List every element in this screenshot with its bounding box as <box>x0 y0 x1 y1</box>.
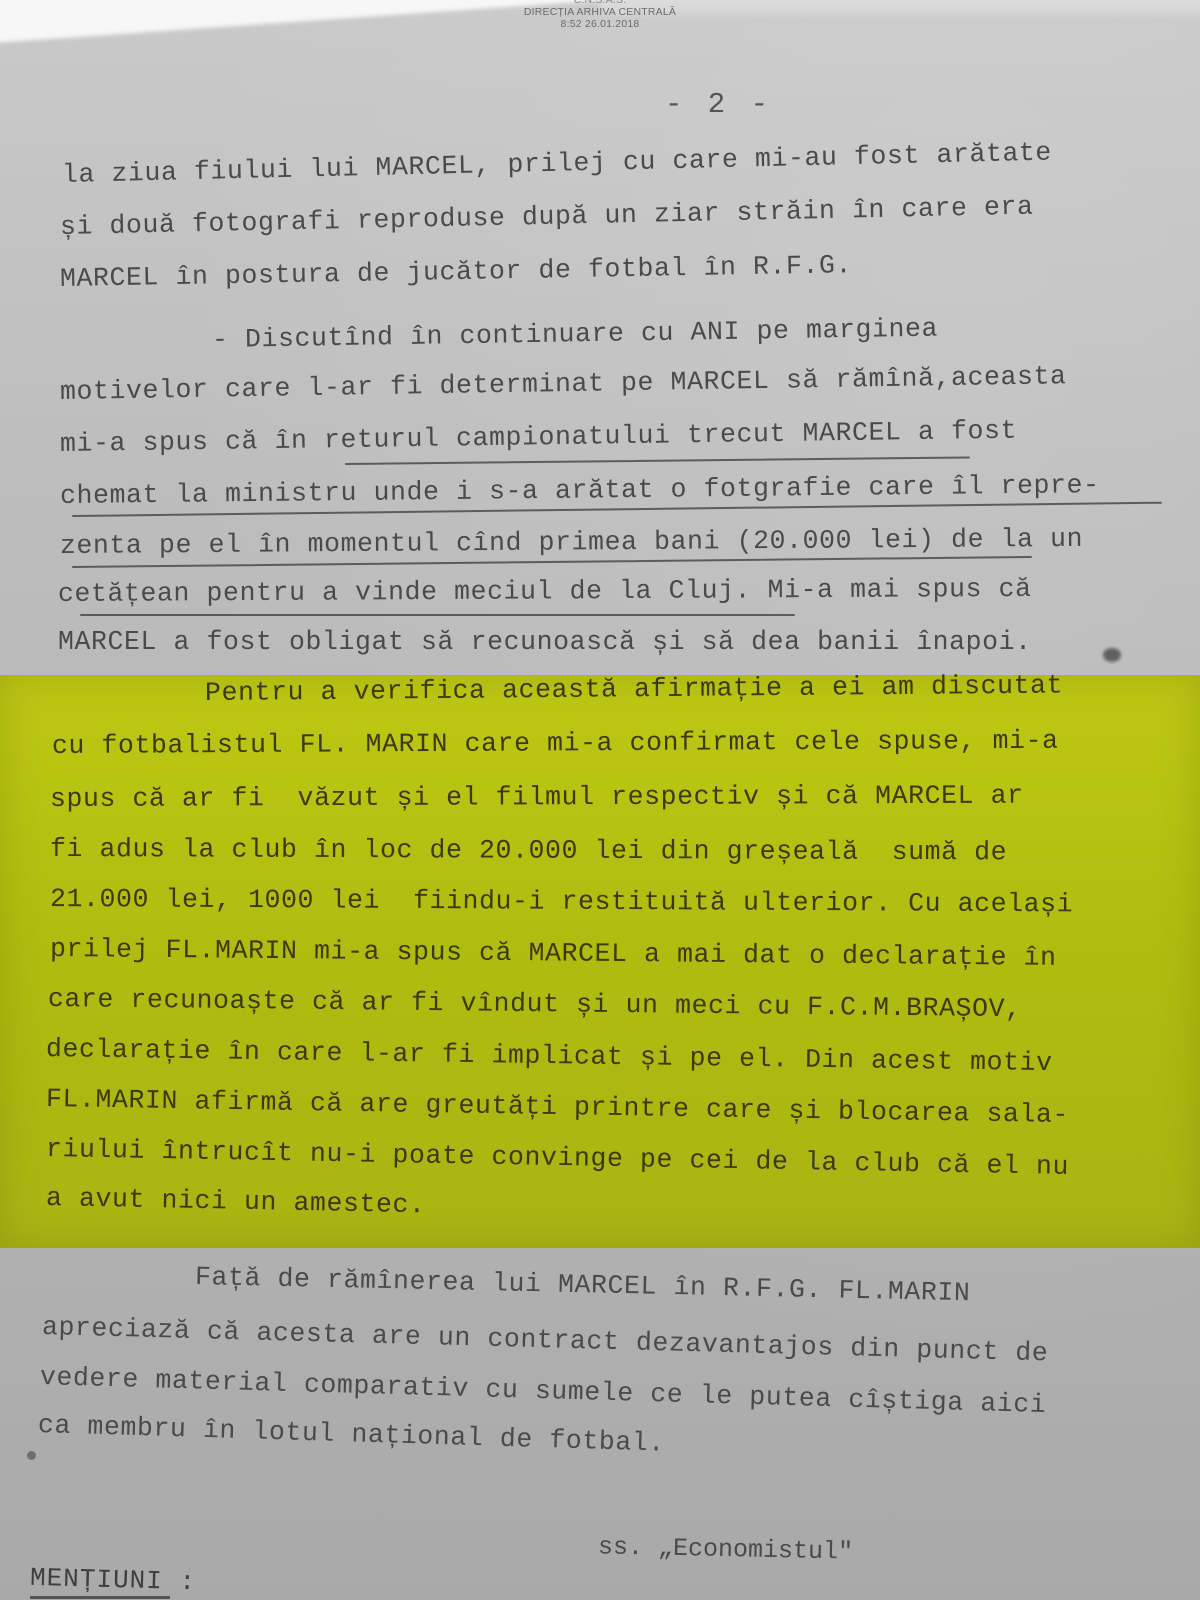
text-line: motivelor care l-ar fi determinat pe MAR… <box>60 361 1067 407</box>
handwritten-underline <box>345 456 970 465</box>
text-line: cetățean pentru a vinde meciul de la Clu… <box>58 574 1032 609</box>
text-line: - Discutînd în continuare cu ANI pe marg… <box>212 314 939 355</box>
text-line: apreciază că acesta are un contract deza… <box>42 1312 1049 1368</box>
text-line: mi-a spus că în returul campionatului tr… <box>60 416 1017 459</box>
archive-stamp: C.N.S.A.S. DIRECȚIA ARHIVA CENTRALĂ 8:52… <box>440 0 760 30</box>
scanned-document-page: C.N.S.A.S. DIRECȚIA ARHIVA CENTRALĂ 8:52… <box>0 0 1200 1600</box>
text-line: spus că ar fi văzut și el filmul respect… <box>50 781 1024 814</box>
stamp-timestamp: 8:52 26.01.2018 <box>440 18 760 30</box>
punch-hole-mark <box>27 1451 36 1460</box>
text-line: ca membru în lotul național de fotbal. <box>38 1410 666 1459</box>
mentiuni-label: MENȚIUNI : <box>30 1563 197 1597</box>
ink-blot <box>1103 648 1121 662</box>
text-line: MARCEL în postura de jucător de fotbal î… <box>60 250 853 294</box>
stamp-department: DIRECȚIA ARHIVA CENTRALĂ <box>440 6 760 18</box>
mentiuni-underline <box>30 1596 170 1599</box>
page-number: - 2 - <box>665 88 772 121</box>
text-line: cu fotbalistul FL. MARIN care mi-a confi… <box>52 726 1059 761</box>
handwritten-underline <box>80 614 795 616</box>
text-line: zenta pe el în momentul cînd primea bani… <box>60 524 1083 561</box>
text-line: vedere material comparativ cu sumele ce … <box>40 1362 1047 1420</box>
text-line: MARCEL a fost obligat să recunoască și s… <box>58 627 1032 657</box>
text-line: fi adus la club în loc de 20.000 lei din… <box>50 834 1007 867</box>
text-line: la ziua fiului lui MARCEL, prilej cu car… <box>62 138 1053 190</box>
text-line: Față de rămînerea lui MARCEL în R.F.G. F… <box>195 1262 971 1308</box>
text-line: și două fotografi reproduse după un ziar… <box>60 192 1034 242</box>
text-line: 21.000 lei, 1000 lei fiindu-i restituită… <box>50 884 1073 919</box>
signature: ss. „Economistul" <box>598 1532 854 1566</box>
